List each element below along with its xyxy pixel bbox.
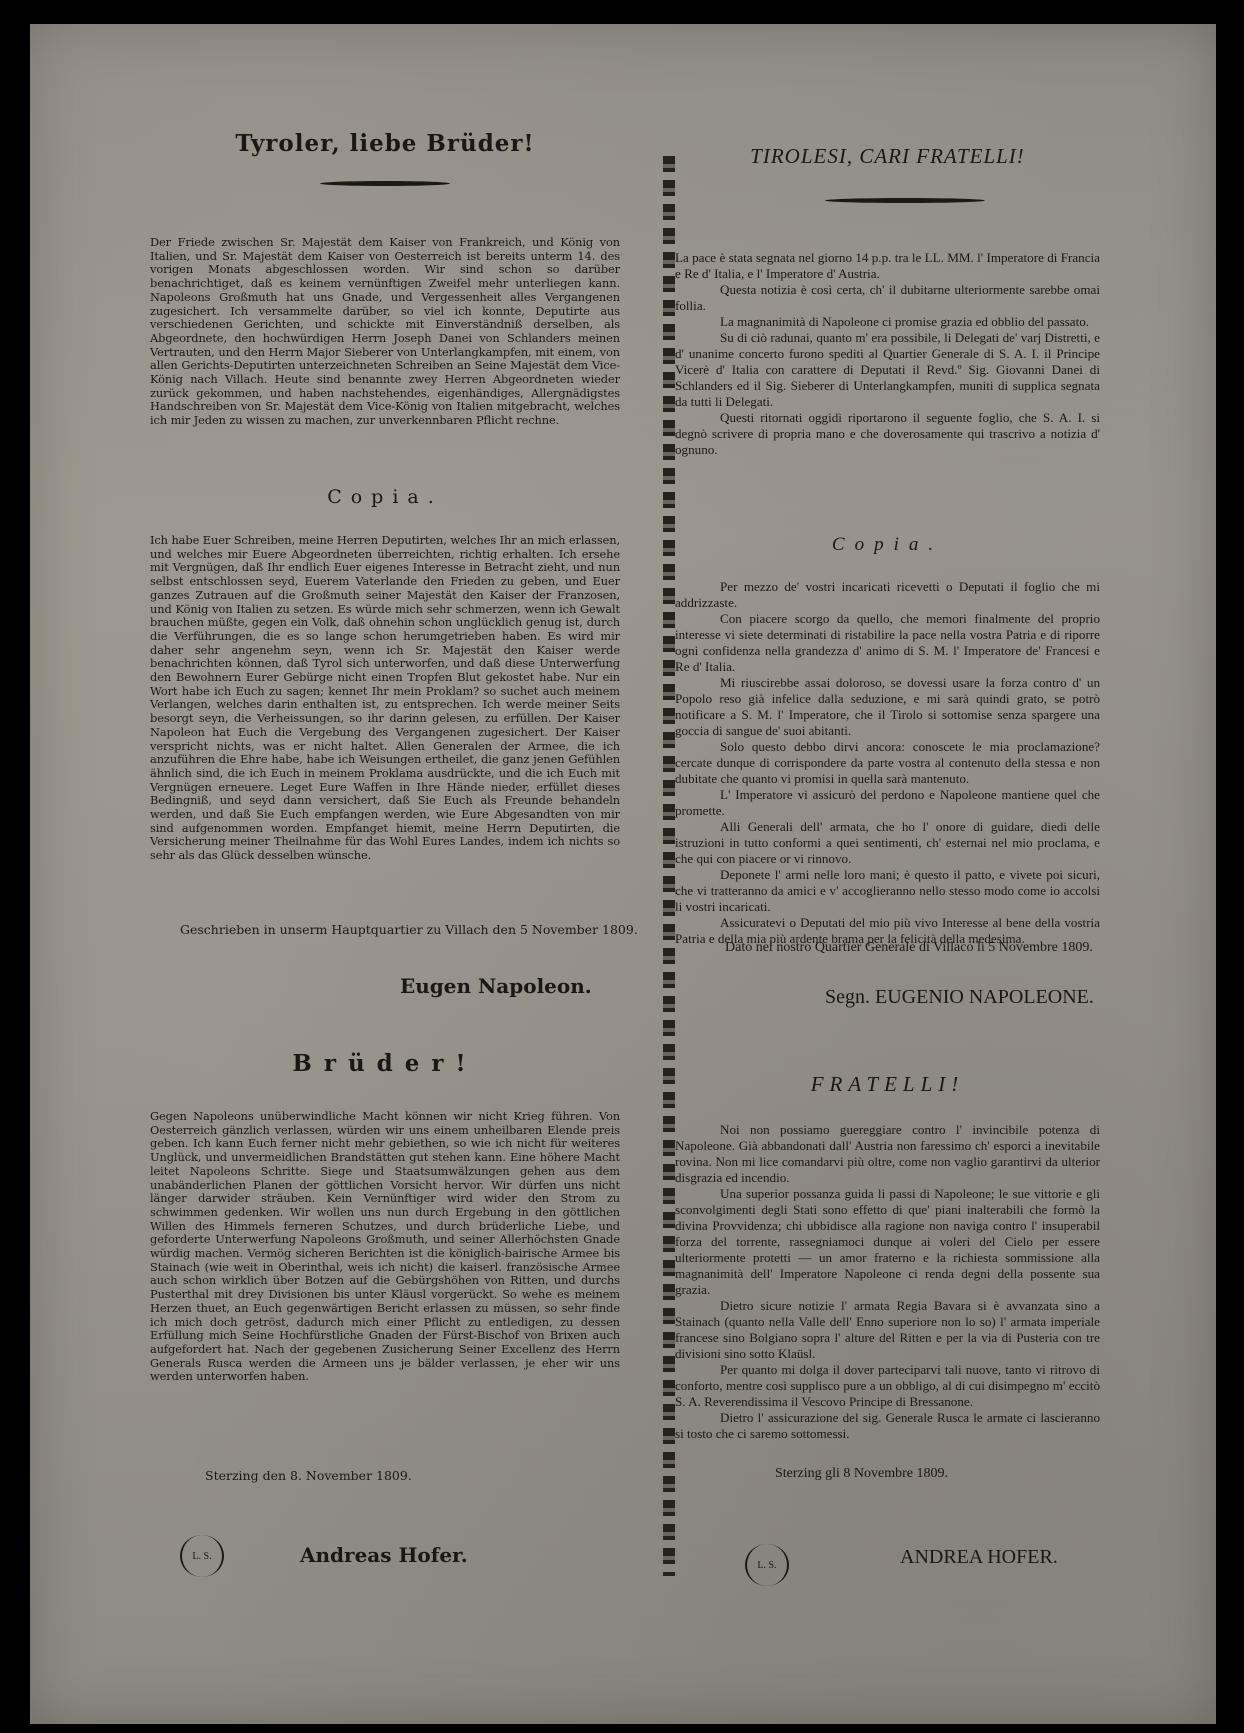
german-copia-text: Ich habe Euer Schreiben, meine Herren De… — [150, 534, 620, 863]
italian-fratelli-p5: Dietro l' assicurazione del sig. General… — [675, 1410, 1100, 1442]
seal-label: L. S. — [757, 1560, 776, 1571]
italian-dateline: Dato nel nostro Quartier Generale di Vil… — [725, 940, 1150, 956]
italian-signature-hofer: ANDREA HOFER. — [900, 1546, 1058, 1569]
italian-intro-p3: La magnanimità di Napoleone ci promise g… — [675, 314, 1100, 330]
flourish-ornament-icon — [825, 198, 985, 203]
italian-fratelli-text: Noi non possiamo guereggiare contro l' i… — [675, 1122, 1100, 1442]
italian-intro-p1: La pace è stata segnata nel giorno 14 p.… — [675, 250, 1100, 282]
italian-signature-eugenio: Segn. EUGENIO NAPOLEONE. — [825, 986, 1094, 1009]
italian-column: TIROLESI, CARI FRATELLI! La pace è stata… — [675, 24, 1100, 1724]
german-dateline-sterzing: Sterzing den 8. November 1809. — [205, 1468, 675, 1483]
italian-copia-heading: Copia. — [675, 534, 1100, 556]
italian-fratelli-p2: Una superior possanza guida li passi di … — [675, 1186, 1100, 1298]
german-copia-heading: Copia. — [150, 486, 620, 508]
seal-ls-german: L. S. — [180, 1535, 224, 1577]
seal-label: L. S. — [192, 1551, 211, 1562]
german-column: Tyroler, liebe Brüder! Der Friede zwisch… — [150, 24, 620, 1724]
italian-copia-p3: Mi riuscirebbe assai doloroso, se dovess… — [675, 675, 1100, 739]
german-brueder-text: Gegen Napoleons unüberwindliche Macht kö… — [150, 1110, 620, 1384]
seal-ls-italian: L. S. — [745, 1544, 789, 1586]
italian-intro: La pace è stata segnata nel giorno 14 p.… — [675, 250, 1100, 458]
italian-copia-p5: L' Imperatore vi assicurò del perdono e … — [675, 787, 1100, 819]
italian-copia-p6: Alli Generali dell' armata, che ho l' on… — [675, 819, 1100, 867]
italian-title: TIROLESI, CARI FRATELLI! — [675, 144, 1100, 169]
italian-fratelli-p4: Per quanto mi dolga il dover parteciparv… — [675, 1362, 1100, 1410]
italian-fratelli-p1: Noi non possiamo guereggiare contro l' i… — [675, 1122, 1100, 1186]
german-signature-hofer: Andreas Hofer. — [300, 1543, 468, 1567]
ornamental-divider-rule — [663, 156, 675, 1576]
italian-intro-p2: Questa notizia è così certa, ch' il dubi… — [675, 282, 1100, 314]
german-signature-eugen: Eugen Napoleon. — [400, 974, 592, 998]
broadsheet-page: Tyroler, liebe Brüder! Der Friede zwisch… — [30, 24, 1216, 1724]
italian-fratelli-heading: FRATELLI! — [675, 1072, 1100, 1097]
german-intro-paragraph: Der Friede zwischen Sr. Majestät dem Kai… — [150, 236, 620, 428]
italian-copia-text: Per mezzo de' vostri incaricati ricevett… — [675, 579, 1100, 947]
italian-dateline-sterzing: Sterzing gli 8 Novembre 1809. — [775, 1466, 1200, 1482]
italian-copia-p7: Deponete l' armi nelle loro mani; è ques… — [675, 867, 1100, 915]
italian-intro-p5: Questi ritornati oggidì riportarono il s… — [675, 410, 1100, 458]
italian-copia-p4: Solo questo debbo dirvi ancora: conoscet… — [675, 739, 1100, 787]
italian-copia-p1: Per mezzo de' vostri incaricati ricevett… — [675, 579, 1100, 611]
german-brueder-heading: Brüder! — [150, 1050, 620, 1077]
german-title: Tyroler, liebe Brüder! — [150, 130, 620, 157]
italian-copia-p2: Con piacere scorgo da quello, che memori… — [675, 611, 1100, 675]
flourish-ornament-icon — [320, 181, 450, 186]
italian-intro-p4: Su di ciò radunai, quanto m' era possibi… — [675, 330, 1100, 410]
german-dateline: Geschrieben in unserm Hauptquartier zu V… — [180, 922, 650, 937]
italian-fratelli-p3: Dietro sicure notizie l' armata Regia Ba… — [675, 1298, 1100, 1362]
